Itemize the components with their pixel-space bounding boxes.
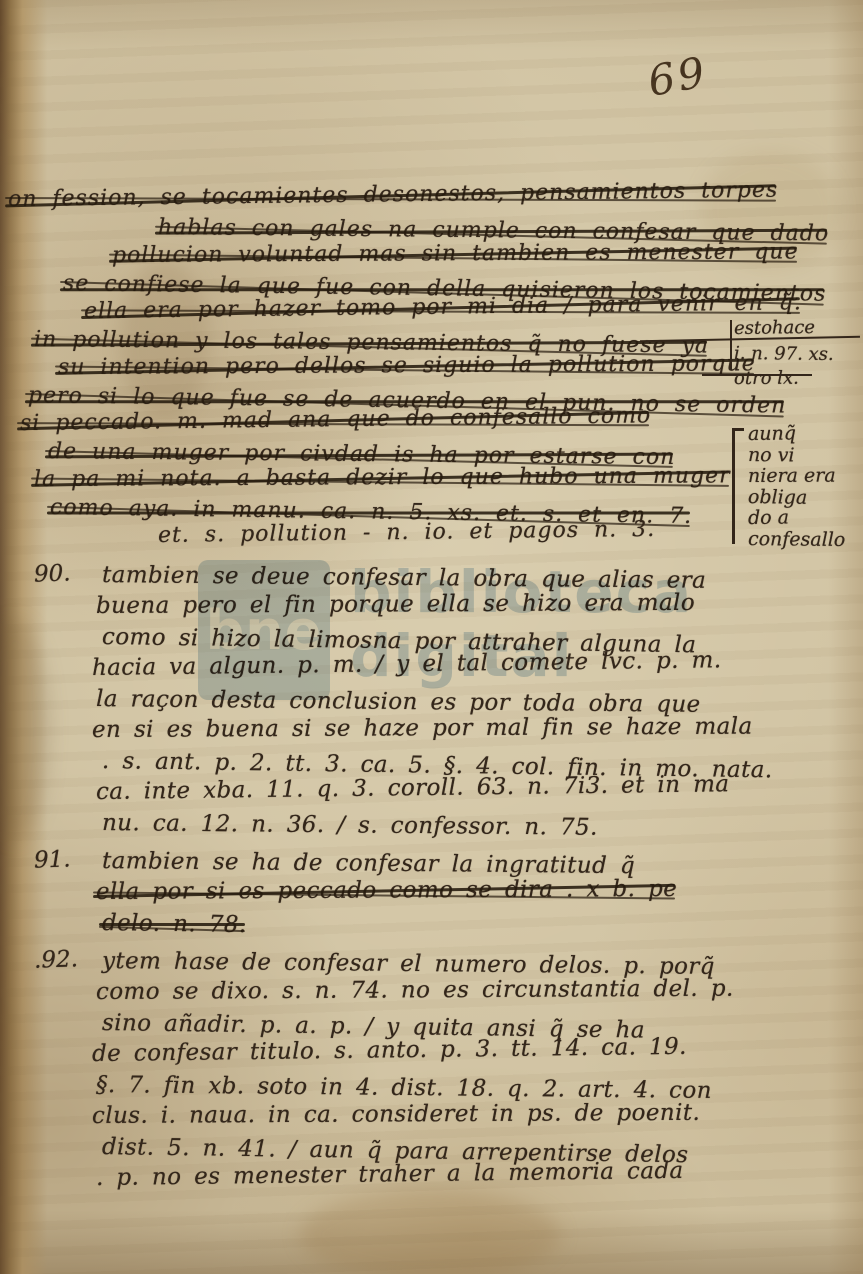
paper-stain xyxy=(300,1190,560,1274)
paragraph-91: 91.tambien se ha de confesar la ingratit… xyxy=(0,846,863,939)
margin-note-confesallo: aunq̃no viniera eraobligado aconfesallo xyxy=(748,424,845,550)
margin-note-line: do a xyxy=(748,508,789,529)
margin-note-citations: estohacei. n. 97. xs.otro lx. xyxy=(734,316,834,391)
margin-bracket-line xyxy=(730,320,732,370)
manuscript-line: buena pero el fin porque ella se hizo er… xyxy=(96,588,695,622)
manuscript-line: hacia va algun. p. m. / y el tal comete … xyxy=(92,645,722,684)
paragraph-90: 90.tambien se deue confesar la obra que … xyxy=(0,560,863,839)
paragraph-number: 90. xyxy=(34,560,71,587)
manuscript-scan: 69 on fession, se tocamientes desonestos… xyxy=(0,0,863,1274)
margin-note-line: no vi xyxy=(748,445,795,466)
margin-note-line: niera era xyxy=(748,466,836,487)
deleted-line: on fession, se tocamientes desonestos, p… xyxy=(8,177,779,214)
deleted-line: et. s. pollution - n. io. et pagos n. 3. xyxy=(158,516,656,550)
page-number: 69 xyxy=(644,47,711,106)
margin-note-line: aunq̃ xyxy=(748,423,796,445)
margin-note-line: otro lx. xyxy=(734,366,799,391)
margin-note-line: confesallo xyxy=(748,529,845,551)
paragraph-number: .92. xyxy=(34,946,79,974)
deleted-line: la pa mi nota. a basta dezir lo que hubo… xyxy=(34,462,731,494)
paragraph-number: 91. xyxy=(34,846,71,873)
margin-note-line: obliga xyxy=(748,487,808,509)
manuscript-line: en si es buena si se haze por mal fin se… xyxy=(92,712,753,746)
manuscript-line: clus. i. naua. in ca. consideret in ps. … xyxy=(92,1098,700,1132)
deleted-draft-block: on fession, se tocamientes desonestos, p… xyxy=(8,186,829,550)
deleted-line: pollucion voluntad mas sin tambien es me… xyxy=(112,238,799,270)
paragraphs-block: 90.tambien se deue confesar la obra que … xyxy=(0,560,863,1194)
manuscript-line: de confesar titulo. s. anto. p. 3. tt. 1… xyxy=(92,1032,687,1070)
margin-note-line: estohace xyxy=(734,315,815,341)
manuscript-line: . p. no es menester traher a la memoria … xyxy=(96,1156,684,1194)
deleted-line: su intention pero dellos se siguio la po… xyxy=(58,350,756,382)
manuscript-line: delo. n. 78. xyxy=(102,908,247,941)
manuscript-line: nu. ca. 12. n. 36. / s. confessor. n. 75… xyxy=(102,808,598,844)
manuscript-line: ca. inte xba. 11. q. 3. coroll. 63. n. 7… xyxy=(96,769,730,808)
paragraph-92: .92.ytem hase de confesar el numero delo… xyxy=(0,946,863,1194)
manuscript-line: ella por si es peccado como se dira . x … xyxy=(96,874,677,908)
manuscript-line: como se dixo. s. n. 74. no es circunstan… xyxy=(96,974,734,1008)
margin-note-line: i. n. 97. xs. xyxy=(734,341,834,367)
